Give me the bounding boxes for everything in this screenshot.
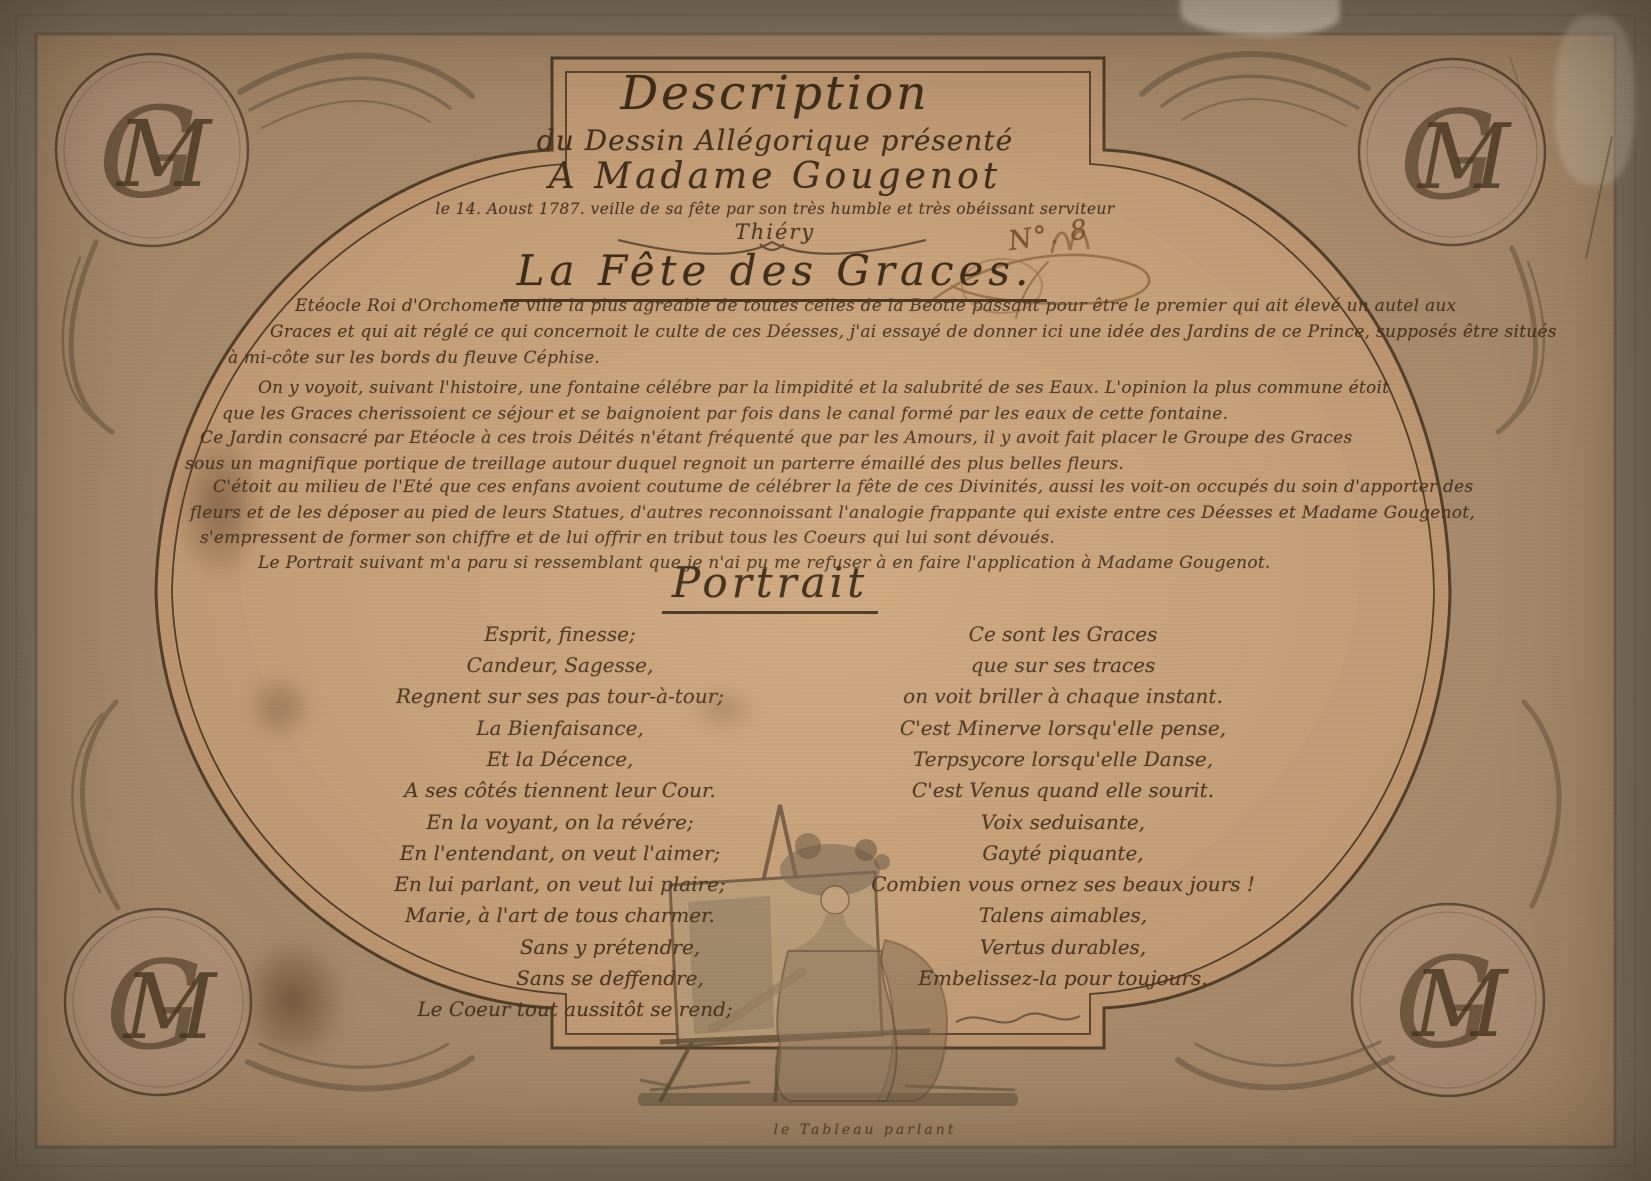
- poem-line-right: Ce sont les Graces: [828, 622, 1298, 646]
- poem-line-left: En la voyant, on la révére;: [330, 810, 790, 834]
- body-line: sous un magnifique portique de treillage…: [185, 454, 1124, 474]
- poem-line-right: C'est Minerve lorsqu'elle pense,: [828, 716, 1298, 740]
- body-line: Ce Jardin consacré par Etéocle à ces tro…: [200, 428, 1352, 448]
- title-line-2: du Dessin Allégorique présenté: [350, 124, 1200, 157]
- body-line: Etéocle Roi d'Orchomene ville la plus ag…: [295, 296, 1456, 316]
- poem-line-left: Sans y prétendre,: [380, 935, 840, 959]
- page-title: Description: [350, 66, 1200, 121]
- illustration-caption: le Tableau parlant: [700, 1122, 1030, 1138]
- monogram-letter-m: M: [122, 955, 218, 1060]
- poem-line-right: C'est Venus quand elle sourit.: [828, 778, 1298, 802]
- poem-line-left: La Bienfaisance,: [330, 716, 790, 740]
- poem-line-right: Voix seduisante,: [828, 810, 1298, 834]
- manuscript-scan: G M G M G M G M: [0, 0, 1651, 1181]
- poem-line-right: Gayté piquante,: [828, 841, 1298, 865]
- portrait-heading-text: Portrait: [662, 558, 878, 614]
- medallion-top-left: G M: [56, 54, 248, 246]
- body-line: que les Graces cherissoient ce séjour et…: [222, 404, 1228, 424]
- monogram-letter-m: M: [115, 101, 214, 208]
- poem-line-left: Sans se deffendre,: [380, 966, 840, 990]
- subtitle-text: La Fête des Graces.: [503, 246, 1048, 302]
- monogram-letter-m: M: [1411, 951, 1510, 1058]
- poem-line-left: Candeur, Sagesse,: [330, 653, 790, 677]
- poem-line-right: que sur ses traces: [828, 653, 1298, 677]
- poem-line-left: Et la Décence,: [330, 747, 790, 771]
- body-line: à mi-côte sur les bords du fleuve Céphis…: [228, 348, 600, 368]
- body-line: On y voyoit, suivant l'histoire, une fon…: [258, 378, 1389, 398]
- poem-line-right: Talens aimables,: [828, 903, 1298, 927]
- poem-line-left: Regnent sur ses pas tour-à-tour;: [330, 684, 790, 708]
- poem-line-left: En lui parlant, on veut lui plaire;: [330, 872, 790, 896]
- poem-line-right: Terpsycore lorsqu'elle Danse,: [828, 747, 1298, 771]
- body-line: Graces et qui ait réglé ce qui concernoi…: [270, 322, 1557, 342]
- poem-line-left: En l'entendant, on veut l'aimer;: [330, 841, 790, 865]
- poem-line-right: Embelissez-la pour toujours.: [828, 966, 1298, 990]
- medallion-top-right: G M: [1359, 59, 1545, 245]
- poem-line-right: on voit briller à chaque instant.: [828, 684, 1298, 708]
- monogram-letter-m: M: [1416, 105, 1512, 210]
- subtitle: La Fête des Graces.: [350, 246, 1200, 302]
- poem-line-left: Marie, à l'art de tous charmer.: [330, 903, 790, 927]
- title-dedication: A Madame Gougenot: [350, 156, 1200, 197]
- poem-line-right: Combien vous ornez ses beaux jours !: [828, 872, 1298, 896]
- poem-line-left: Le Coeur tout aussitôt se rend;: [345, 997, 805, 1021]
- medallion-bottom-right: G M: [1352, 904, 1544, 1096]
- portrait-heading: Portrait: [570, 558, 970, 614]
- medallion-bottom-left: G M: [65, 909, 251, 1095]
- poem-line-left: A ses côtés tiennent leur Cour.: [330, 778, 790, 802]
- body-line: C'étoit au milieu de l'Eté que ces enfan…: [213, 477, 1473, 497]
- body-line: fleurs et de les déposer au pied de leur…: [190, 503, 1475, 523]
- poem-line-left: Esprit, finesse;: [330, 622, 790, 646]
- body-line: s'empressent de former son chiffre et de…: [200, 528, 1055, 548]
- title-date-line: le 14. Aoust 1787. veille de sa fête par…: [280, 200, 1270, 218]
- poem-line-right: Vertus durables,: [828, 935, 1298, 959]
